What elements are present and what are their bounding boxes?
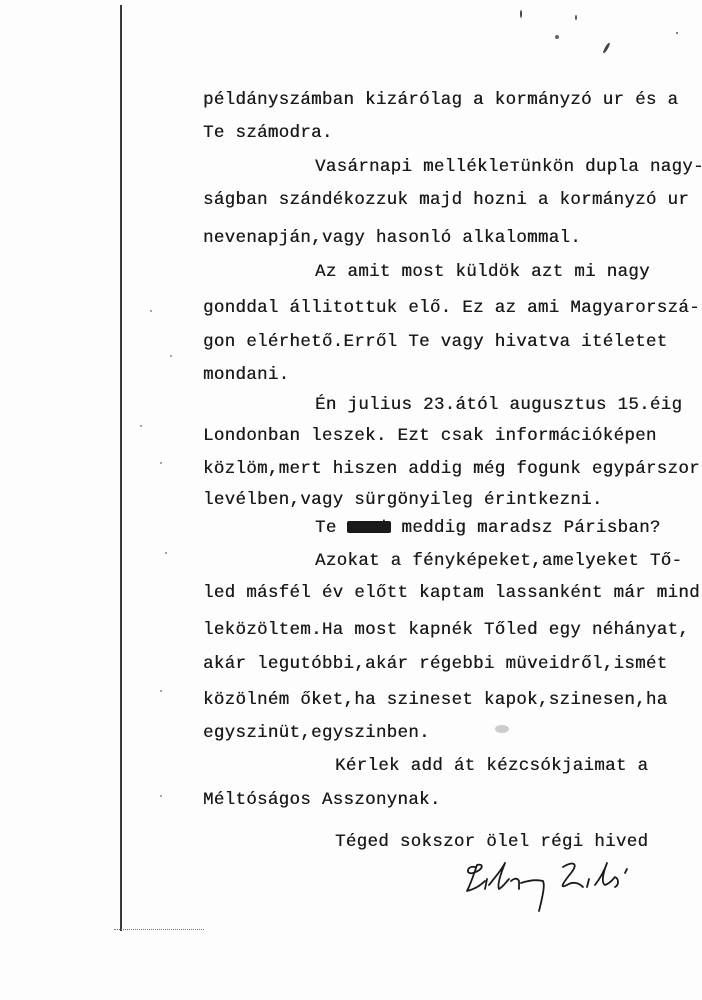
letter-line: egyszinüt,egyszinben. (203, 723, 430, 743)
letter-line: mondani. (203, 365, 289, 385)
closing-line: Téged sokszor ölel régi hived (335, 832, 648, 852)
letter-line: Vasárnapi melléklетünkön dupla nagy- (315, 157, 702, 177)
letter-line: példányszámban kizárólag a kormányzó ur … (203, 90, 678, 110)
letter-line: levélben,vagy sürgönyileg érintkezni. (203, 490, 603, 510)
letter-line: közölném őket,ha szineset kapok,szinesen… (203, 690, 667, 710)
paper-speck (160, 462, 162, 464)
letter-line: Az amit most küldök azt mi nagy (315, 262, 650, 282)
paper-speck (602, 42, 611, 54)
paper-speck (140, 425, 142, 427)
letter-page: példányszámban kizárólag a kormányzó ur … (0, 0, 702, 1000)
letter-line: Azokat a fényképeket,amelyeket Tő- (315, 551, 682, 571)
letter-line: Én julius 23.ától augusztus 15.éig (315, 395, 682, 415)
letter-text: Te (315, 518, 347, 538)
letter-line: gon elérhető.Erről Te vagy hivatva itéle… (203, 332, 667, 352)
letter-text: meddig maradsz Párisban? (391, 518, 661, 538)
letter-line: gonddal állitottuk elő. Ez az ami Magyar… (203, 298, 700, 318)
struck-word: most (347, 521, 390, 533)
paper-speck (150, 310, 152, 312)
paper-speck (555, 35, 559, 39)
margin-rule (120, 5, 122, 931)
letter-line: akár legutóbbi,akár régebbi müveidről,is… (203, 654, 667, 674)
letter-line: ságban szándékozzuk majd hozni a kormány… (203, 190, 689, 210)
letter-line: közlöm,mert hiszen addig még fogunk egyp… (203, 459, 700, 479)
paper-speck (160, 690, 162, 692)
letter-line: nevenapján,vagy hasonló alkalommal. (203, 228, 581, 248)
letter-line: Kérlek add át kézcsókjaimat a (335, 756, 648, 776)
paper-speck (165, 552, 167, 554)
paper-speck (495, 725, 509, 733)
paper-speck (676, 32, 678, 34)
letter-line: leközöltem.Ha most kapnék Tőled egy néhá… (203, 620, 689, 640)
margin-rule-foot (114, 929, 204, 931)
paper-speck (160, 795, 162, 797)
letter-line-with-strikeout: Te most meddig maradsz Párisban? (315, 518, 661, 538)
letter-line: led másfél év előtt kaptam lassanként má… (203, 583, 700, 603)
paper-speck (520, 10, 522, 18)
paper-speck (575, 15, 577, 20)
letter-line: Te számodra. (203, 123, 333, 143)
letter-line: Londonban leszek. Ezt csak információkép… (203, 426, 657, 446)
paper-speck (170, 355, 172, 357)
letter-line: Méltóságos Asszonynak. (203, 790, 441, 810)
handwritten-signature (455, 855, 695, 935)
